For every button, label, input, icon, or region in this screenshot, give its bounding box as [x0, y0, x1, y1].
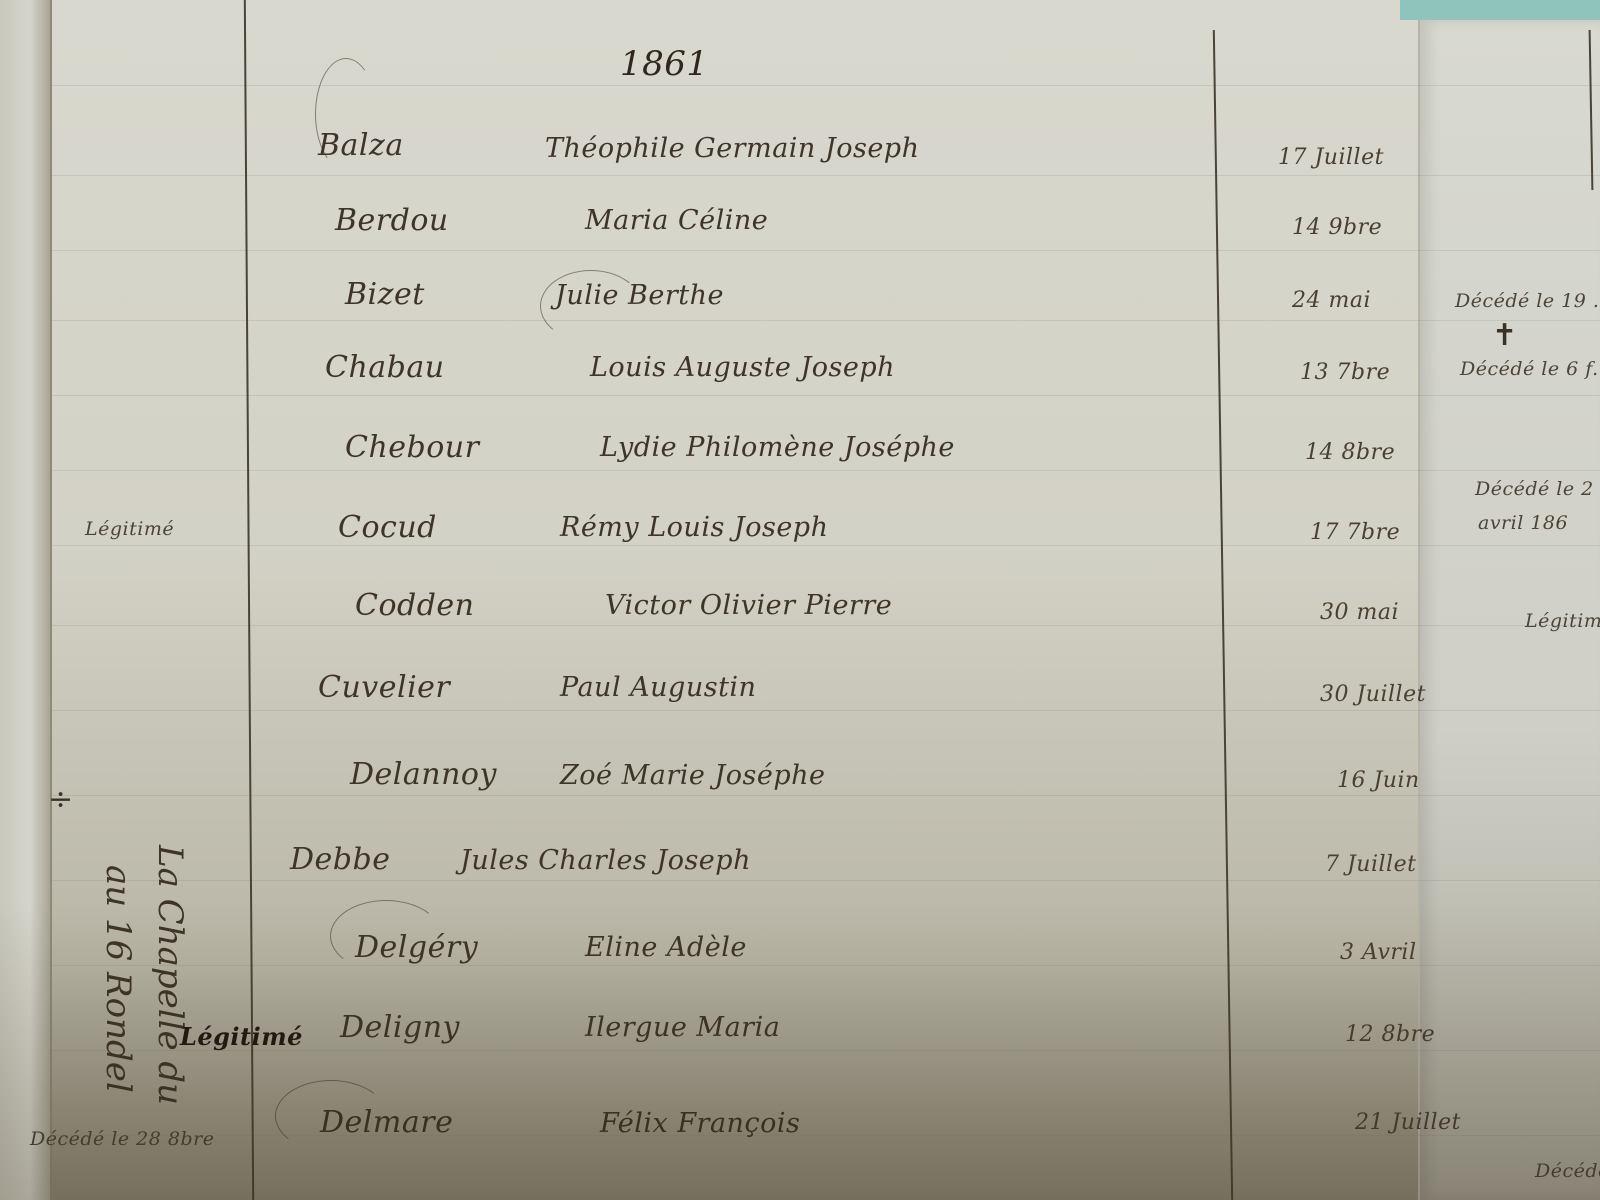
entry-given-names: Eline Adèle — [585, 932, 747, 963]
entry-date: 14 9bre — [1292, 215, 1382, 240]
entry-date: 17 7bre — [1310, 520, 1400, 545]
register-book: 1861 Balza Théophile Germain Joseph 17 J… — [0, 0, 1600, 1200]
entry-surname: Balza — [318, 128, 404, 163]
entry-surname: Cuvelier — [318, 670, 450, 705]
entry-date: 24 mai — [1292, 288, 1371, 313]
ruled-line — [50, 880, 1600, 881]
entry-surname: Bizet — [345, 277, 425, 312]
entry-surname: Chebour — [345, 430, 479, 465]
ruled-line — [50, 85, 1600, 86]
margin-note-legitimized: Légitimé — [85, 518, 174, 540]
entry-given-names: Zoé Marie Joséphe — [560, 760, 826, 791]
ruled-line — [50, 175, 1600, 176]
entry-surname: Delannoy — [350, 757, 497, 792]
right-note-deceased: Décédé le 19 ... — [1455, 290, 1600, 312]
margin-note-legitimized: Légitimé — [180, 1022, 303, 1051]
ruled-line — [50, 250, 1600, 251]
right-note-date: avril 186 — [1478, 512, 1568, 534]
entry-surname: Chabau — [325, 350, 445, 385]
entry-date: 30 Juillet — [1320, 682, 1426, 707]
entry-given-names: Julie Berthe — [555, 280, 724, 311]
margin-note-deceased: Décédé le 28 8bre — [30, 1128, 214, 1150]
entry-date: 21 Juillet — [1355, 1110, 1461, 1135]
entry-surname: Delmare — [320, 1105, 453, 1140]
register-year: 1861 — [620, 44, 709, 84]
entry-surname: Berdou — [335, 203, 449, 238]
ruled-line — [50, 395, 1600, 396]
vertical-margin-note: La Chapelle du — [150, 845, 190, 1105]
entry-surname: Debbe — [290, 842, 390, 877]
entry-surname: Deligny — [340, 1010, 460, 1045]
right-note-deceased: Décédé le 2 — [1475, 478, 1594, 500]
ruled-line — [50, 965, 1600, 966]
ruled-line — [50, 795, 1600, 796]
entry-given-names: Jules Charles Joseph — [460, 845, 751, 876]
entry-surname: Cocud — [338, 510, 437, 545]
previous-pages-edge — [0, 0, 52, 1200]
entry-given-names: Paul Augustin — [560, 672, 756, 703]
entry-date: 14 8bre — [1305, 440, 1395, 465]
ruled-line — [50, 545, 1600, 546]
ruled-line — [50, 1135, 1600, 1136]
entry-given-names: Félix François — [600, 1108, 800, 1139]
ruled-line — [50, 710, 1600, 711]
ruled-line — [50, 320, 1600, 321]
entry-given-names: Lydie Philomène Joséphe — [600, 432, 955, 463]
entry-date: 16 Juin — [1337, 768, 1420, 793]
entry-date: 30 mai — [1320, 600, 1399, 625]
cross-icon: ✝ — [1492, 318, 1517, 353]
entry-date: 13 7bre — [1300, 360, 1390, 385]
right-note-deceased: Décédé le 6 f... — [1460, 358, 1600, 380]
entry-given-names: Louis Auguste Joseph — [590, 352, 895, 383]
entry-date: 3 Avril — [1340, 940, 1417, 965]
entry-date: 12 8bre — [1345, 1022, 1435, 1047]
margin-column-rule — [244, 0, 254, 1200]
entry-given-names: Théophile Germain Joseph — [545, 133, 919, 164]
right-note-legitimized: Légitimé — [1525, 610, 1600, 632]
date-column-rule — [1213, 30, 1233, 1200]
entry-surname: Delgéry — [355, 930, 478, 965]
ruled-line — [50, 470, 1600, 471]
entry-given-names: Victor Olivier Pierre — [605, 590, 892, 621]
entry-given-names: Ilergue Maria — [585, 1012, 780, 1043]
background-table — [1400, 0, 1600, 20]
entry-date: 7 Juillet — [1325, 852, 1416, 877]
entry-surname: Codden — [355, 588, 475, 623]
entry-date: 17 Juillet — [1278, 145, 1384, 170]
ruled-line — [50, 625, 1600, 626]
entry-given-names: Rémy Louis Joseph — [560, 512, 828, 543]
right-note-deceased: Décédé — [1535, 1160, 1600, 1182]
entry-given-names: Maria Céline — [585, 205, 768, 236]
division-mark-icon: ÷ — [48, 782, 73, 817]
vertical-margin-note: au 16 Rondel — [98, 865, 138, 1093]
